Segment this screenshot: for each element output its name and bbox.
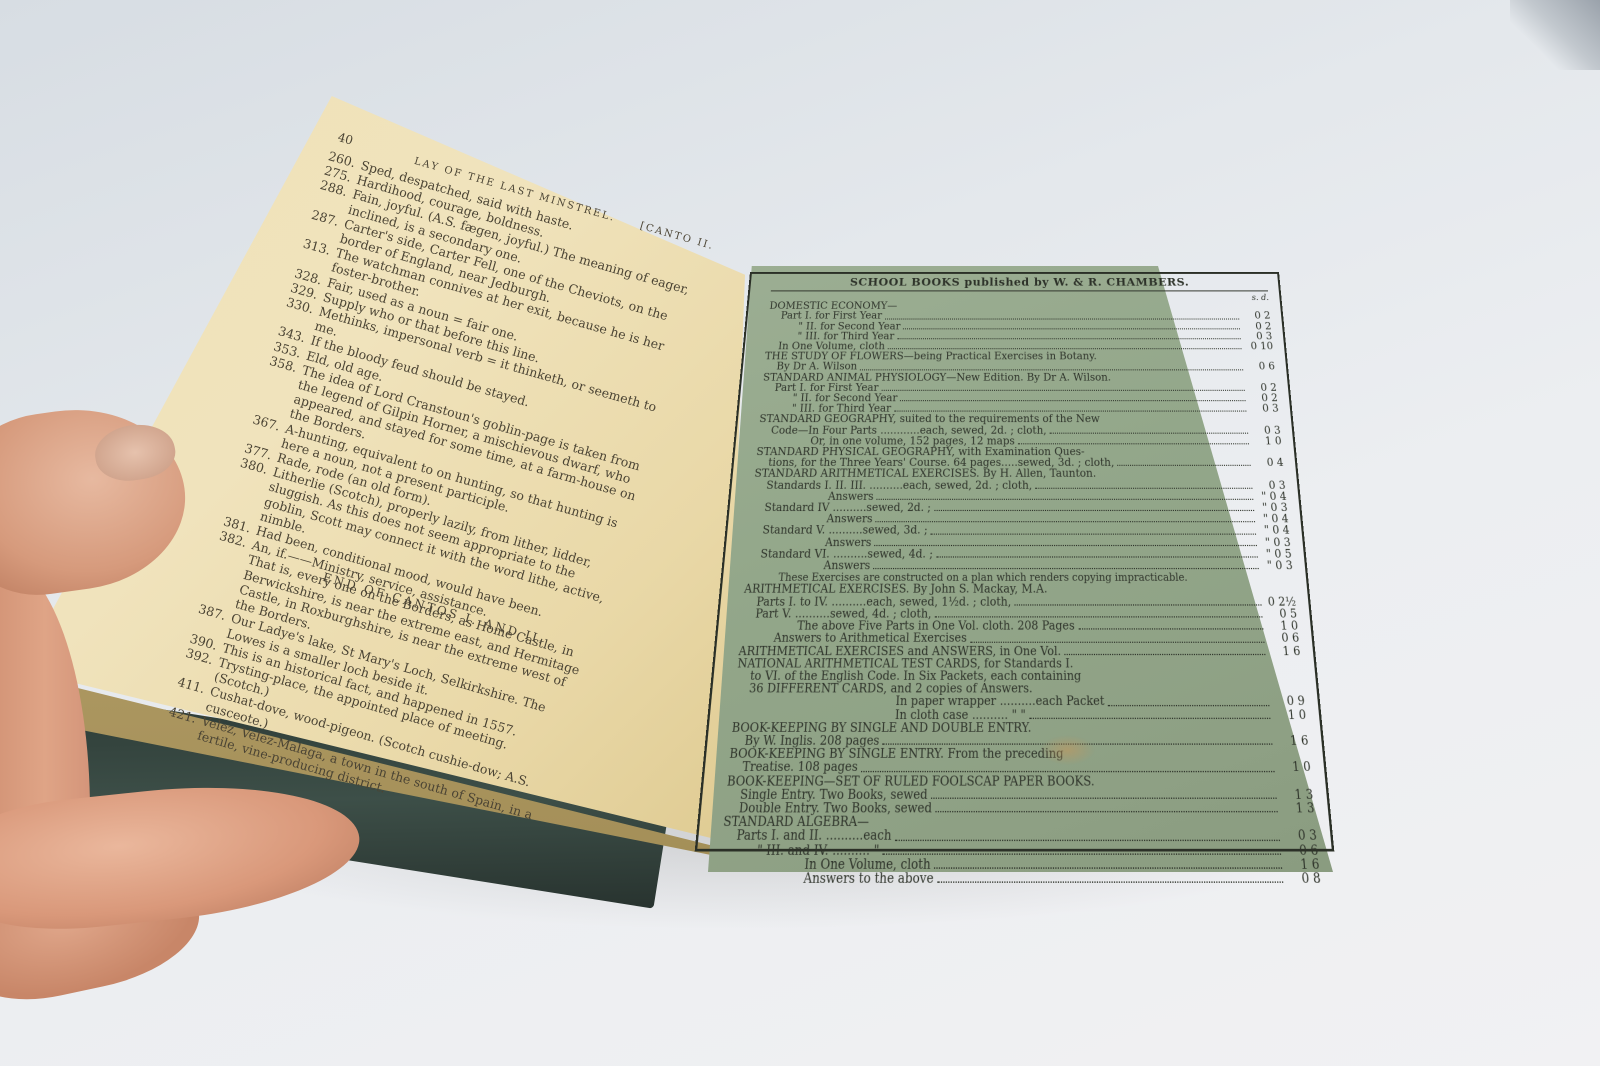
leader-dots — [894, 405, 1247, 413]
advert-label: BOOK-KEEPING—SET OF RULED FOOLSCAP PAPER… — [726, 776, 1094, 790]
advert-price: 1 0 — [1252, 437, 1283, 448]
advert-line: Answers to Arithmetical Exercises0 6 — [739, 634, 1300, 646]
advert-price: 0 3 — [1283, 831, 1318, 845]
leader-dots — [875, 538, 1257, 546]
page-stain — [1040, 735, 1095, 765]
advert-price: 0 10 — [1244, 342, 1274, 352]
advert-section-heading: ARITHMETICAL EXERCISES. By John S. Macka… — [744, 585, 1296, 597]
leader-dots — [885, 312, 1239, 319]
leader-dots — [903, 322, 1240, 329]
leader-dots — [900, 394, 1245, 401]
advert-label: " III. and IV. .......... " — [756, 845, 879, 859]
advert-title: SCHOOL BOOKS published by W. & R. CHAMBE… — [771, 278, 1268, 292]
leader-dots — [860, 363, 1243, 370]
advert-line: Parts I. and II. ..........each0 3 — [721, 831, 1317, 845]
leader-dots — [937, 873, 1283, 883]
advert-label: Answers to the above — [803, 873, 934, 887]
advert-label: Standards I. II. III. ..........each, se… — [766, 481, 1032, 492]
advert-label: Answers — [823, 561, 870, 573]
advert-price: 0 6 — [1284, 845, 1319, 859]
leader-dots — [1035, 481, 1252, 489]
advert-line: In paper wrapper ..........each Packet0 … — [733, 697, 1305, 710]
advert-price: 0 3 — [1249, 405, 1279, 416]
advert-line: " III. and IV. .......... "0 6 — [720, 845, 1319, 859]
advert-list: DOMESTIC ECONOMY—Part I. for First Year0… — [718, 302, 1322, 887]
leader-dots — [934, 503, 1254, 511]
leader-dots — [936, 549, 1258, 557]
leader-dots — [935, 803, 1277, 813]
advert-label: In paper wrapper ..........each Packet — [895, 697, 1104, 710]
advert-content: SCHOOL BOOKS published by W. & R. CHAMBE… — [718, 278, 1322, 887]
advert-section-heading: BOOK-KEEPING—SET OF RULED FOOLSCAP PAPER… — [726, 776, 1312, 790]
advert-line: Answers to the above0 8 — [718, 873, 1322, 887]
leader-dots — [1078, 621, 1264, 630]
advert-line: Treatise. 108 pages1 0 — [728, 762, 1312, 775]
leader-dots — [888, 342, 1242, 349]
leader-dots — [881, 383, 1244, 390]
leader-dots — [883, 845, 1281, 855]
leader-dots — [876, 515, 1255, 523]
advert-label: Parts I. and II. ..........each — [736, 831, 892, 845]
advert-price: 1 6 — [1275, 736, 1309, 749]
leader-dots — [970, 634, 1264, 643]
advert-label: ARITHMETICAL EXERCISES. By John S. Macka… — [744, 585, 1048, 597]
advert-label: Treatise. 108 pages — [742, 762, 858, 775]
advert-label: Answers to Arithmetical Exercises — [773, 634, 967, 646]
leader-dots — [895, 831, 1280, 841]
advert-line: In cloth case .......... " "1 0 — [732, 709, 1306, 722]
leader-dots — [873, 561, 1258, 569]
leader-dots — [877, 492, 1254, 500]
advert-price: 0 6 — [1267, 634, 1300, 646]
advert-line: Answers" 0 3 — [746, 561, 1294, 573]
advert-price: 0 4 — [1253, 459, 1284, 470]
leader-dots — [934, 859, 1282, 869]
advert-label: In cloth case .......... " " — [895, 709, 1026, 722]
advert-price: 1 0 — [1277, 762, 1311, 775]
leader-dots — [935, 609, 1263, 618]
leader-dots — [1117, 459, 1250, 467]
leader-dots — [1050, 426, 1248, 434]
leader-dots — [1029, 709, 1270, 718]
advert-price: 1 0 — [1273, 709, 1307, 722]
advert-section-heading: ARITHMETICAL EXERCISES and ANSWERS, in O… — [738, 646, 1301, 659]
leader-dots — [897, 332, 1241, 339]
leader-dots — [931, 789, 1277, 799]
advert-label: ARITHMETICAL EXERCISES and ANSWERS, in O… — [738, 646, 1061, 659]
advert-price: 0 6 — [1246, 363, 1276, 373]
leader-dots — [931, 526, 1256, 534]
leader-dots — [1015, 597, 1262, 606]
advert-price: 1 3 — [1281, 803, 1316, 817]
background-shadow — [1510, 0, 1600, 70]
advert-price: " 0 3 — [1261, 561, 1293, 573]
advert-price: 1 6 — [1268, 646, 1301, 659]
leader-dots — [1064, 646, 1265, 655]
leader-dots — [1018, 437, 1249, 445]
advert-price: 0 9 — [1272, 697, 1305, 710]
advert-price: 0 8 — [1286, 873, 1321, 887]
leader-dots — [1108, 697, 1270, 706]
